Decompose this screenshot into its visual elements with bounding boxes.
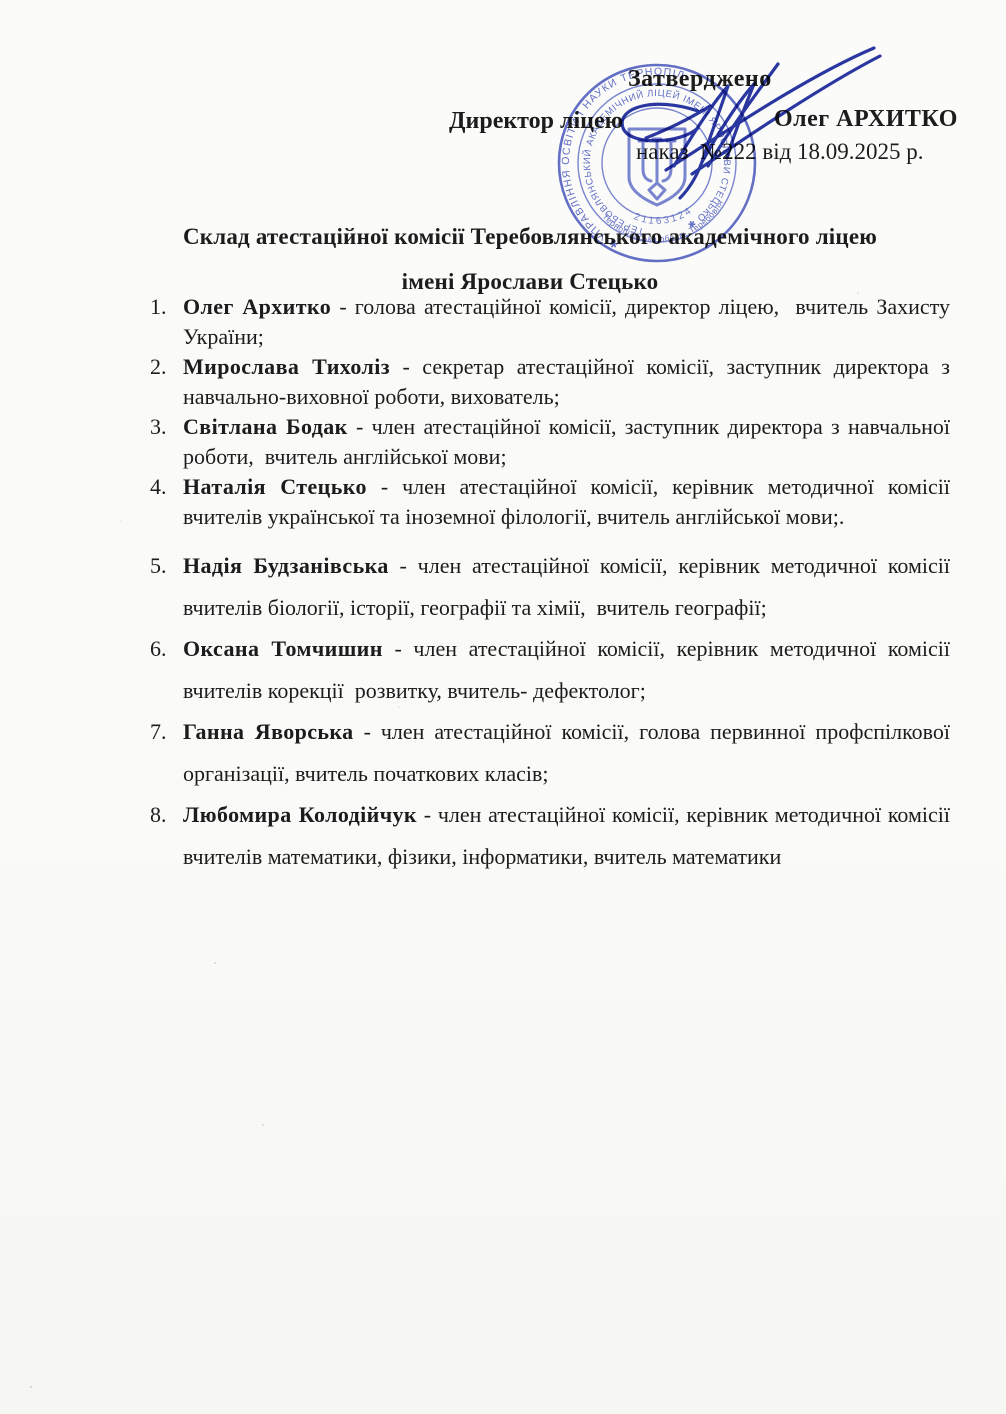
member-name: Ганна Яворська [183, 719, 354, 744]
member-name: Олег Архитко [183, 294, 331, 319]
member-name: Оксана Томчишин [183, 636, 383, 661]
member-number: 4. [150, 472, 167, 502]
director-signature [598, 38, 898, 238]
member-number: 8. [150, 794, 167, 836]
member-number: 1. [150, 292, 167, 322]
document-page: Затверджено Директор ліцею Олег АРХИТКО … [0, 0, 1006, 1414]
member-number: 7. [150, 711, 167, 753]
member-name: Надія Будзанівська [183, 553, 389, 578]
member-name: Мирослава Тихоліз [183, 354, 390, 379]
member-number: 6. [150, 628, 167, 670]
member-item: 7. Ганна Яворська - член атестаційної ко… [148, 711, 950, 794]
member-name: Наталія Стецько [183, 474, 367, 499]
member-number: 2. [150, 352, 167, 382]
member-item: 2. Мирослава Тихоліз - секретар атестаці… [148, 352, 950, 412]
member-item: 5. Надія Будзанівська - член атестаційно… [148, 545, 950, 628]
member-item: 3. Світлана Бодак - член атестаційної ко… [148, 412, 950, 472]
scan-speckles [0, 0, 2, 2]
member-name: Світлана Бодак [183, 414, 348, 439]
commission-members-list: 1. Олег Архитко - голова атестаційної ко… [148, 292, 950, 877]
member-number: 5. [150, 545, 167, 587]
member-item: 1. Олег Архитко - голова атестаційної ко… [148, 292, 950, 352]
signature-strokes [622, 48, 880, 198]
member-item: 4. Наталія Стецько - член атестаційної к… [148, 472, 950, 532]
member-name: Любомира Колодійчук [183, 802, 417, 827]
member-item: 6. Оксана Томчишин - член атестаційної к… [148, 628, 950, 711]
member-number: 3. [150, 412, 167, 442]
member-item: 8. Любомира Колодійчук - член атестаційн… [148, 794, 950, 877]
